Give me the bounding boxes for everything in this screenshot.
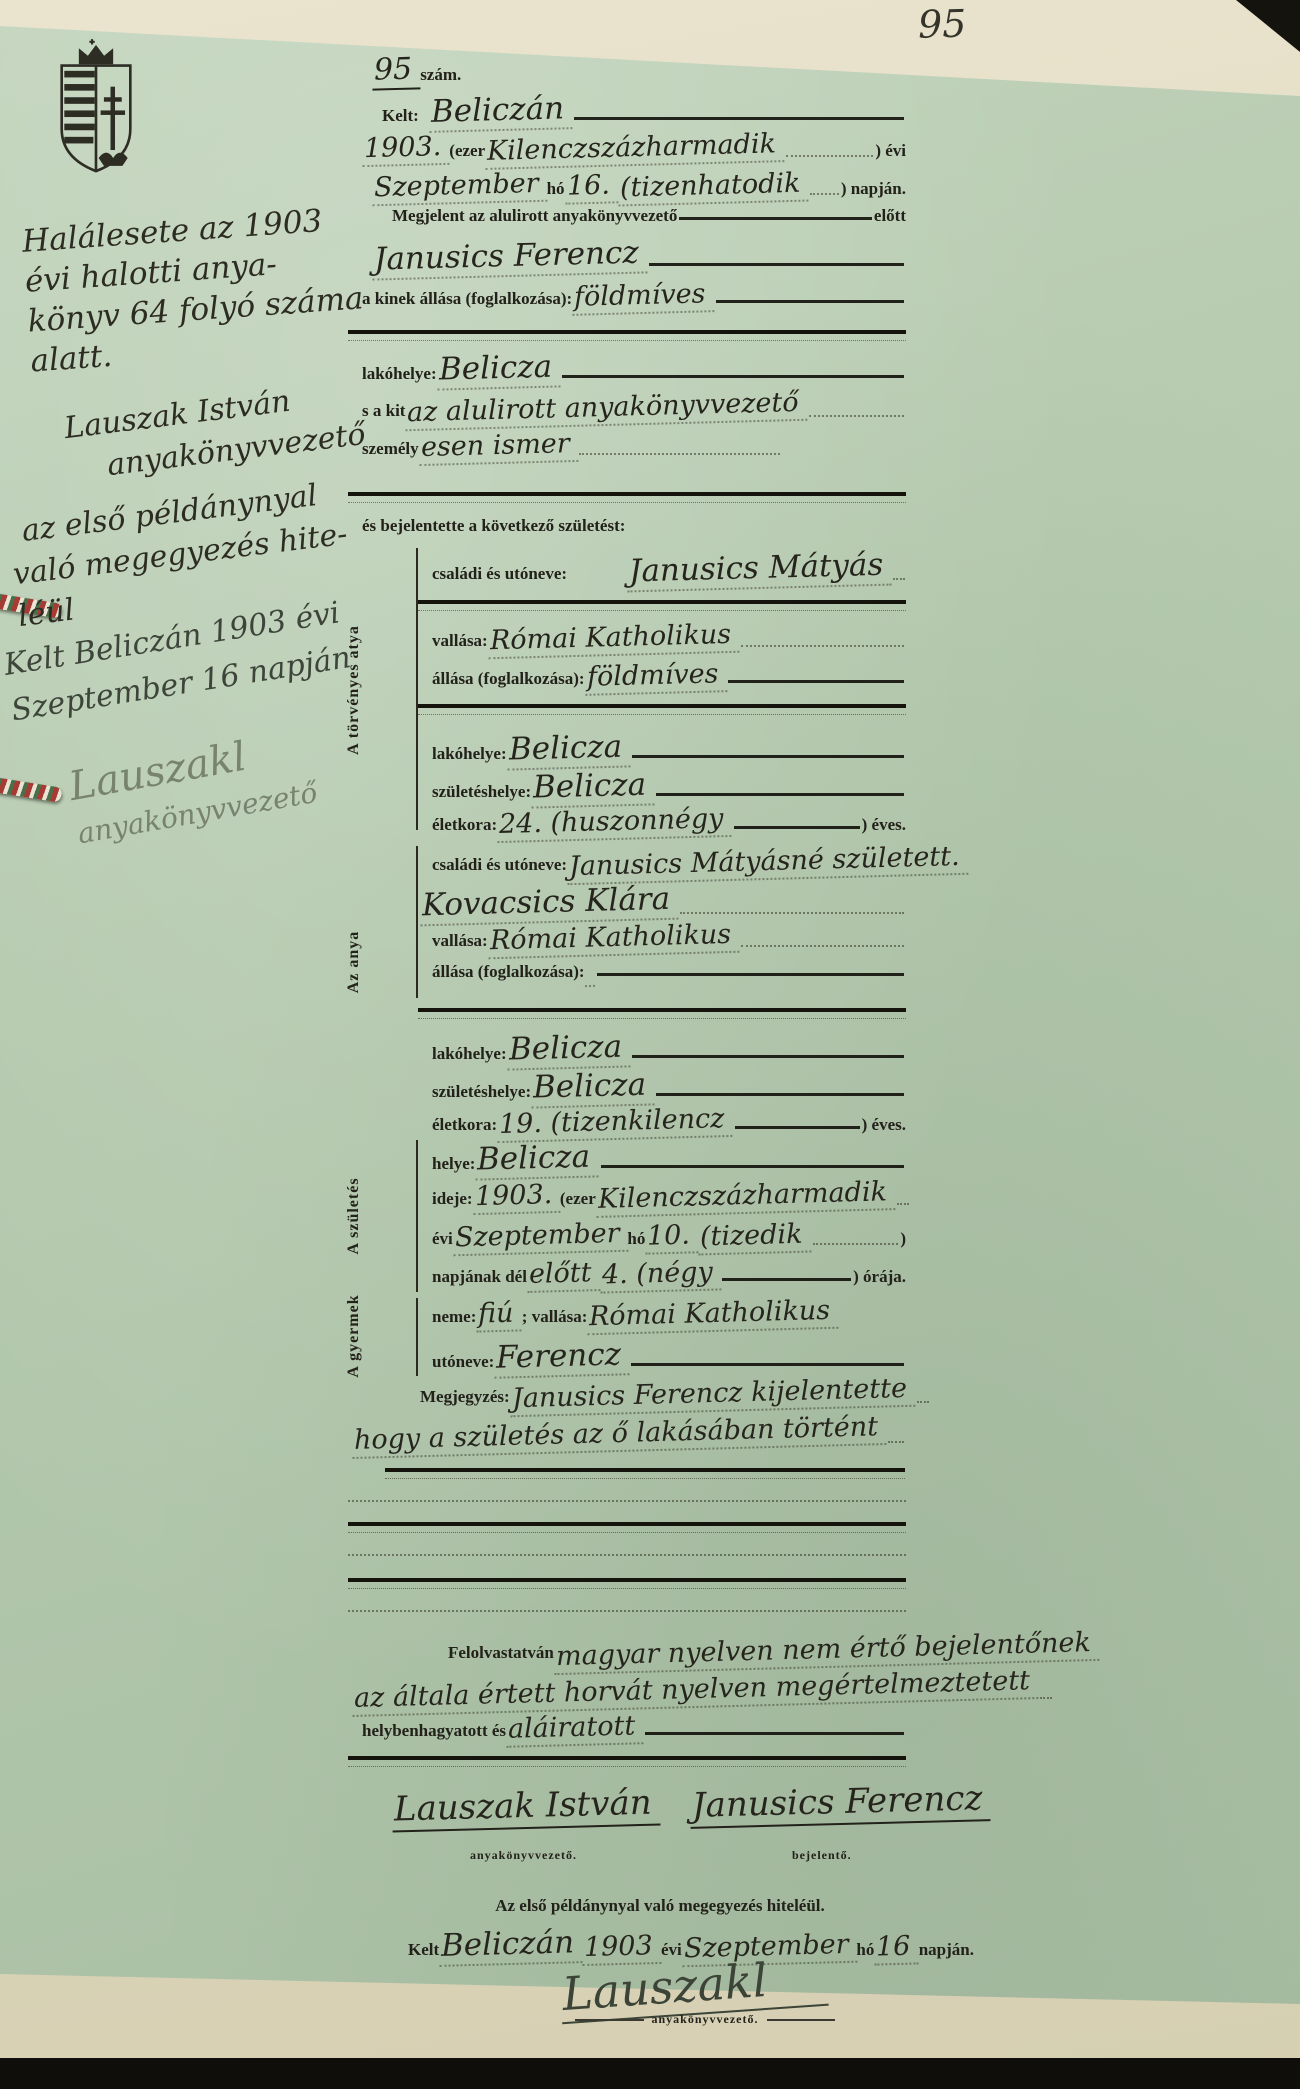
dotted-fill: [680, 912, 904, 914]
child-sex-value: fiú: [476, 1297, 522, 1332]
rule-fill: [574, 117, 904, 120]
year-value: 1903.: [362, 131, 450, 167]
rule-fill: [734, 826, 860, 829]
napjan-suffix-label: ) napján.: [841, 179, 906, 199]
child-given-name-value: Ferencz: [494, 1336, 630, 1379]
father-birthplace-row: születéshelye: Belicza: [432, 768, 906, 802]
mother-birthplace-value: Belicza: [531, 1066, 655, 1108]
date-label: ideje:: [432, 1189, 473, 1209]
dotted-fill: [809, 415, 904, 417]
footer-place-value: Beliczán: [439, 1924, 583, 1967]
registrar-signature-value: Lauszak István: [391, 1783, 660, 1833]
mother-residence-row: lakóhelye: Belicza: [432, 1030, 906, 1064]
approved-signed-row: helybenhagyatott és aláiratott: [362, 1712, 906, 1741]
rule-fill: [632, 1055, 904, 1058]
age-label: életkora:: [432, 815, 497, 835]
separator-rule: [348, 492, 906, 503]
kelt-label: Kelt:: [382, 106, 419, 126]
mother-age-row: életkora: 19. (tizenkilencz ) éves.: [432, 1106, 906, 1135]
ezer-label: (ezer: [449, 141, 485, 161]
reporter-name-value: Janusics Ferencz: [372, 234, 648, 280]
age-label: életkora:: [432, 1115, 497, 1135]
napjanak-label: napjának dél: [432, 1267, 527, 1287]
reporter-signature: Janusics Ferencz: [690, 1782, 950, 1820]
napjan-label: napján.: [919, 1940, 974, 1960]
reporter-occupation-row: a kinek állása (foglalkozása): földmíves: [362, 280, 906, 309]
dotted-fill: [810, 193, 839, 195]
reporter-name-row: Janusics Ferencz: [372, 238, 906, 272]
separator-rule: [348, 330, 906, 341]
remarks-row-2: hogy a születés az ő lakásában történt: [352, 1418, 906, 1447]
residence-value: Belicza: [436, 348, 560, 390]
name-label: családi és utóneve:: [432, 855, 567, 875]
dotted-fill: [1040, 1697, 1052, 1699]
rule-fill: [601, 1165, 904, 1168]
section-brace: [416, 1140, 418, 1292]
birth-day-word-value: (tizedik: [698, 1219, 811, 1256]
elott-label: előtt: [874, 206, 906, 226]
day-value: 16.: [564, 169, 618, 204]
sakit-label: s a kit: [362, 401, 405, 421]
daytime-value: előtt: [527, 1257, 600, 1293]
megjelent-label: Megjelent az alulirott anyakönyvvezető: [392, 206, 677, 226]
evi-label: évi: [661, 1940, 682, 1960]
section-label-birth: A születés: [345, 1177, 363, 1254]
occupation-label: állása (foglalkozása):: [432, 669, 585, 689]
father-occupation-row: állása (foglalkozása): földmíves: [432, 660, 906, 689]
footer-day-value: 16: [874, 1930, 919, 1965]
szam-label: szám.: [420, 65, 461, 85]
footer-date-row: Kelt Beliczán 1903 évi Szeptember hó 16 …: [408, 1926, 908, 1960]
footer-role-row: anyakönyvvezető.: [575, 2012, 835, 2027]
blank-line: [348, 1608, 906, 1612]
birth-month-value: Szeptember: [452, 1218, 627, 1257]
announced-birth-row: és bejelentette a következő születést:: [362, 516, 782, 536]
father-name-row: családi és utóneve: Janusics Mátyás: [432, 550, 906, 584]
szemely-hand-value: esen ismer: [418, 428, 578, 466]
dotted-fill: [579, 453, 780, 455]
alairatott-value: aláiratott: [506, 1710, 644, 1748]
rule-fill: [645, 1732, 904, 1735]
blank-line: [348, 1498, 906, 1502]
reporter-role-label: bejelentő.: [792, 1848, 852, 1863]
dotted-fill: [741, 945, 904, 947]
occupation-label: állása (foglalkozása):: [432, 962, 585, 982]
separator-rule: [348, 1578, 906, 1589]
name-label: családi és utóneve:: [432, 564, 567, 584]
birth-year-value: 1903.: [472, 1179, 560, 1215]
rule-fill: [597, 973, 904, 976]
dotted-fill: [917, 1401, 929, 1403]
dotted-fill: [786, 155, 873, 157]
mother-religion-row: vallása: Római Katholikus: [432, 922, 906, 951]
rule-fill: [656, 1093, 904, 1096]
mother-age-value: 19. (tizenkilencz: [497, 1103, 733, 1143]
first-copy-attest-label: Az első példánynyal való megegyezés hite…: [380, 1896, 940, 1916]
dotted-fill: [741, 645, 904, 647]
mother-name-row: családi és utóneve: Janusics Mátyásné sz…: [432, 846, 906, 875]
dotted-fill: [888, 1441, 904, 1443]
ho-label: hó: [856, 1940, 874, 1960]
rule-fill: [656, 793, 904, 796]
mother-occupation-value: [584, 984, 594, 987]
rule-fill: [631, 1363, 904, 1366]
personally-known-row: személy esen ismer: [362, 430, 782, 459]
registry-number-value: 95: [372, 51, 421, 90]
known-by-registrar-row: s a kit az alulirott anyakönyvvezető: [362, 392, 906, 421]
rule-fill: [632, 755, 904, 758]
year-row: 1903. (ezer Kilenczszázharmadik ) évi: [362, 132, 906, 161]
birthplace-label: születéshelye:: [432, 782, 531, 802]
father-birthplace-value: Belicza: [531, 766, 655, 808]
religion-label: vallása:: [432, 931, 488, 951]
birth-hour-row: napjának dél előtt 4. (négy ) órája.: [432, 1258, 906, 1287]
birth-hour-value: 4. (négy: [599, 1256, 721, 1293]
mother-maiden-name-row: Kovacsics Klára: [420, 884, 906, 918]
ho-label: hó: [627, 1229, 645, 1249]
bejelentette-label: és bejelentette a következő születést:: [362, 516, 625, 536]
read-aloud-row: Felolvastatván magyar nyelven nem értő b…: [448, 1634, 906, 1663]
father-age-value: 24. (huszonnégy: [497, 803, 732, 843]
father-residence-value: Belicza: [506, 728, 630, 770]
corner-page-number: 95: [915, 1, 975, 48]
sex-label: neme:: [432, 1307, 476, 1327]
father-occupation-value: földmíves: [584, 658, 726, 696]
separator-rule: [348, 1522, 906, 1533]
occupation-value: földmíves: [572, 278, 714, 316]
remarks-label: Megjegyzés:: [420, 1387, 510, 1407]
szemely-label: személy: [362, 439, 419, 459]
section-brace: [416, 1298, 418, 1376]
separator-rule: [385, 1468, 905, 1479]
day-row: Szeptember hó 16. (tizenhatodik ) napján…: [372, 170, 906, 199]
registry-number-row: 95 szám.: [372, 52, 592, 85]
child-religion-value: Római Katholikus: [587, 1295, 839, 1336]
separator-rule: [418, 704, 906, 715]
registrar-role-label: anyakönyvvezető.: [470, 1848, 577, 1863]
occupation-label: a kinek állása (foglalkozása):: [362, 289, 572, 309]
read-aloud-row-2: az általa értett horvát nyelven megértel…: [352, 1674, 906, 1703]
father-residence-row: lakóhelye: Belicza: [432, 730, 906, 764]
reporter-signature-value: Janusics Ferencz: [689, 1778, 990, 1829]
religion-label: vallása:: [432, 631, 488, 651]
birth-year-row: ideje: 1903. (ezer Kilenczszázharmadik: [432, 1180, 906, 1209]
oraja-suffix-label: ) órája.: [853, 1267, 906, 1287]
felolvastatvan-label: Felolvastatván: [448, 1643, 554, 1663]
father-name-value: Janusics Mátyás: [627, 547, 892, 593]
eves-suffix-label: ) éves.: [862, 1115, 906, 1135]
rule-fill: [722, 1278, 851, 1281]
rule-fill: [649, 263, 904, 266]
rule-fill: [735, 1126, 860, 1129]
footer-role-label: anyakönyvvezető.: [652, 2012, 759, 2027]
kelt-row: Kelt: Beliczán: [382, 92, 906, 126]
rule-fill: [562, 375, 904, 378]
registrar-signature: Lauszak István: [392, 1786, 672, 1824]
mother-religion-value: Római Katholikus: [487, 919, 739, 960]
residence-label: lakóhelye:: [362, 364, 437, 384]
kelt-label: Kelt: [408, 1940, 439, 1960]
ezer-label: (ezer: [560, 1189, 596, 1209]
scan-bottom-shadow: [0, 2058, 1300, 2089]
rule-fill: [716, 300, 904, 303]
birthplace-label: születéshelye:: [432, 1082, 531, 1102]
dotted-fill: [813, 1243, 899, 1245]
separator-rule: [418, 600, 906, 611]
kelt-place-value: Beliczán: [428, 90, 572, 133]
margin-note-death-record: Halálesete az 1903 évi halotti anya- kön…: [21, 198, 368, 381]
separator-rule: [418, 1008, 906, 1019]
remarks-row: Megjegyzés: Janusics Ferencz kijelentett…: [420, 1378, 906, 1407]
mother-name-value-2: Kovacsics Klára: [420, 881, 679, 927]
evi-suffix-label: ) évi: [875, 141, 906, 161]
birth-day-value: 10.: [645, 1219, 699, 1254]
birth-month-day-row: évi Szeptember hó 10. (tizedik ): [432, 1220, 906, 1249]
place-label: helye:: [432, 1154, 475, 1174]
month-value: Szeptember: [372, 168, 547, 207]
father-age-row: életkora: 24. (huszonnégy ) éves.: [432, 806, 906, 835]
megjelent-row: Megjelent az alulirott anyakönyvvezető e…: [392, 206, 906, 226]
evi-label: évi: [432, 1229, 453, 1249]
paren-suffix-label: ): [900, 1229, 906, 1249]
separator-rule: [348, 1756, 906, 1767]
father-religion-value: Római Katholikus: [487, 619, 739, 660]
reporter-residence-row: lakóhelye: Belicza: [362, 350, 906, 384]
mother-birthplace-row: születéshelye: Belicza: [432, 1068, 906, 1102]
residence-label: lakóhelye:: [432, 1044, 507, 1064]
dash-line: [767, 2019, 836, 2021]
section-brace: [416, 846, 418, 998]
blank-line: [348, 1552, 906, 1556]
registry-document: 95 Halálesete az 1903 évi halotti anya- …: [0, 0, 1300, 2089]
father-religion-row: vallása: Római Katholikus: [432, 622, 906, 651]
section-label-mother: Az anya: [345, 931, 363, 994]
eves-suffix-label: ) éves.: [862, 815, 906, 835]
mother-residence-value: Belicza: [506, 1028, 630, 1070]
rule-fill: [728, 680, 904, 683]
day-word-value: (tizenhatodik: [617, 168, 808, 207]
hungarian-coat-of-arms-icon: [30, 36, 162, 206]
dotted-fill: [897, 1203, 909, 1205]
section-label-child: A gyermek: [345, 1294, 363, 1377]
helybenhagyatott-label: helybenhagyatott és: [362, 1721, 506, 1741]
birth-place-value: Belicza: [475, 1138, 599, 1180]
child-sex-religion-row: neme: fiú ; vallása: Római Katholikus: [432, 1298, 906, 1327]
rule-fill: [679, 217, 872, 220]
dash-line: [575, 2019, 644, 2021]
ho-label: hó: [547, 179, 565, 199]
dotted-fill: [893, 578, 905, 580]
section-brace: [416, 548, 418, 830]
religion-label: ; vallása:: [522, 1307, 588, 1327]
child-given-name-row: utóneve: Ferencz: [432, 1338, 906, 1372]
residence-label: lakóhelye:: [432, 744, 507, 764]
section-label-father: A törvényes atya: [345, 625, 363, 755]
birth-place-row: helye: Belicza: [432, 1140, 906, 1174]
mother-occupation-row: állása (foglalkozása):: [432, 962, 906, 982]
given-name-label: utóneve:: [432, 1352, 494, 1372]
